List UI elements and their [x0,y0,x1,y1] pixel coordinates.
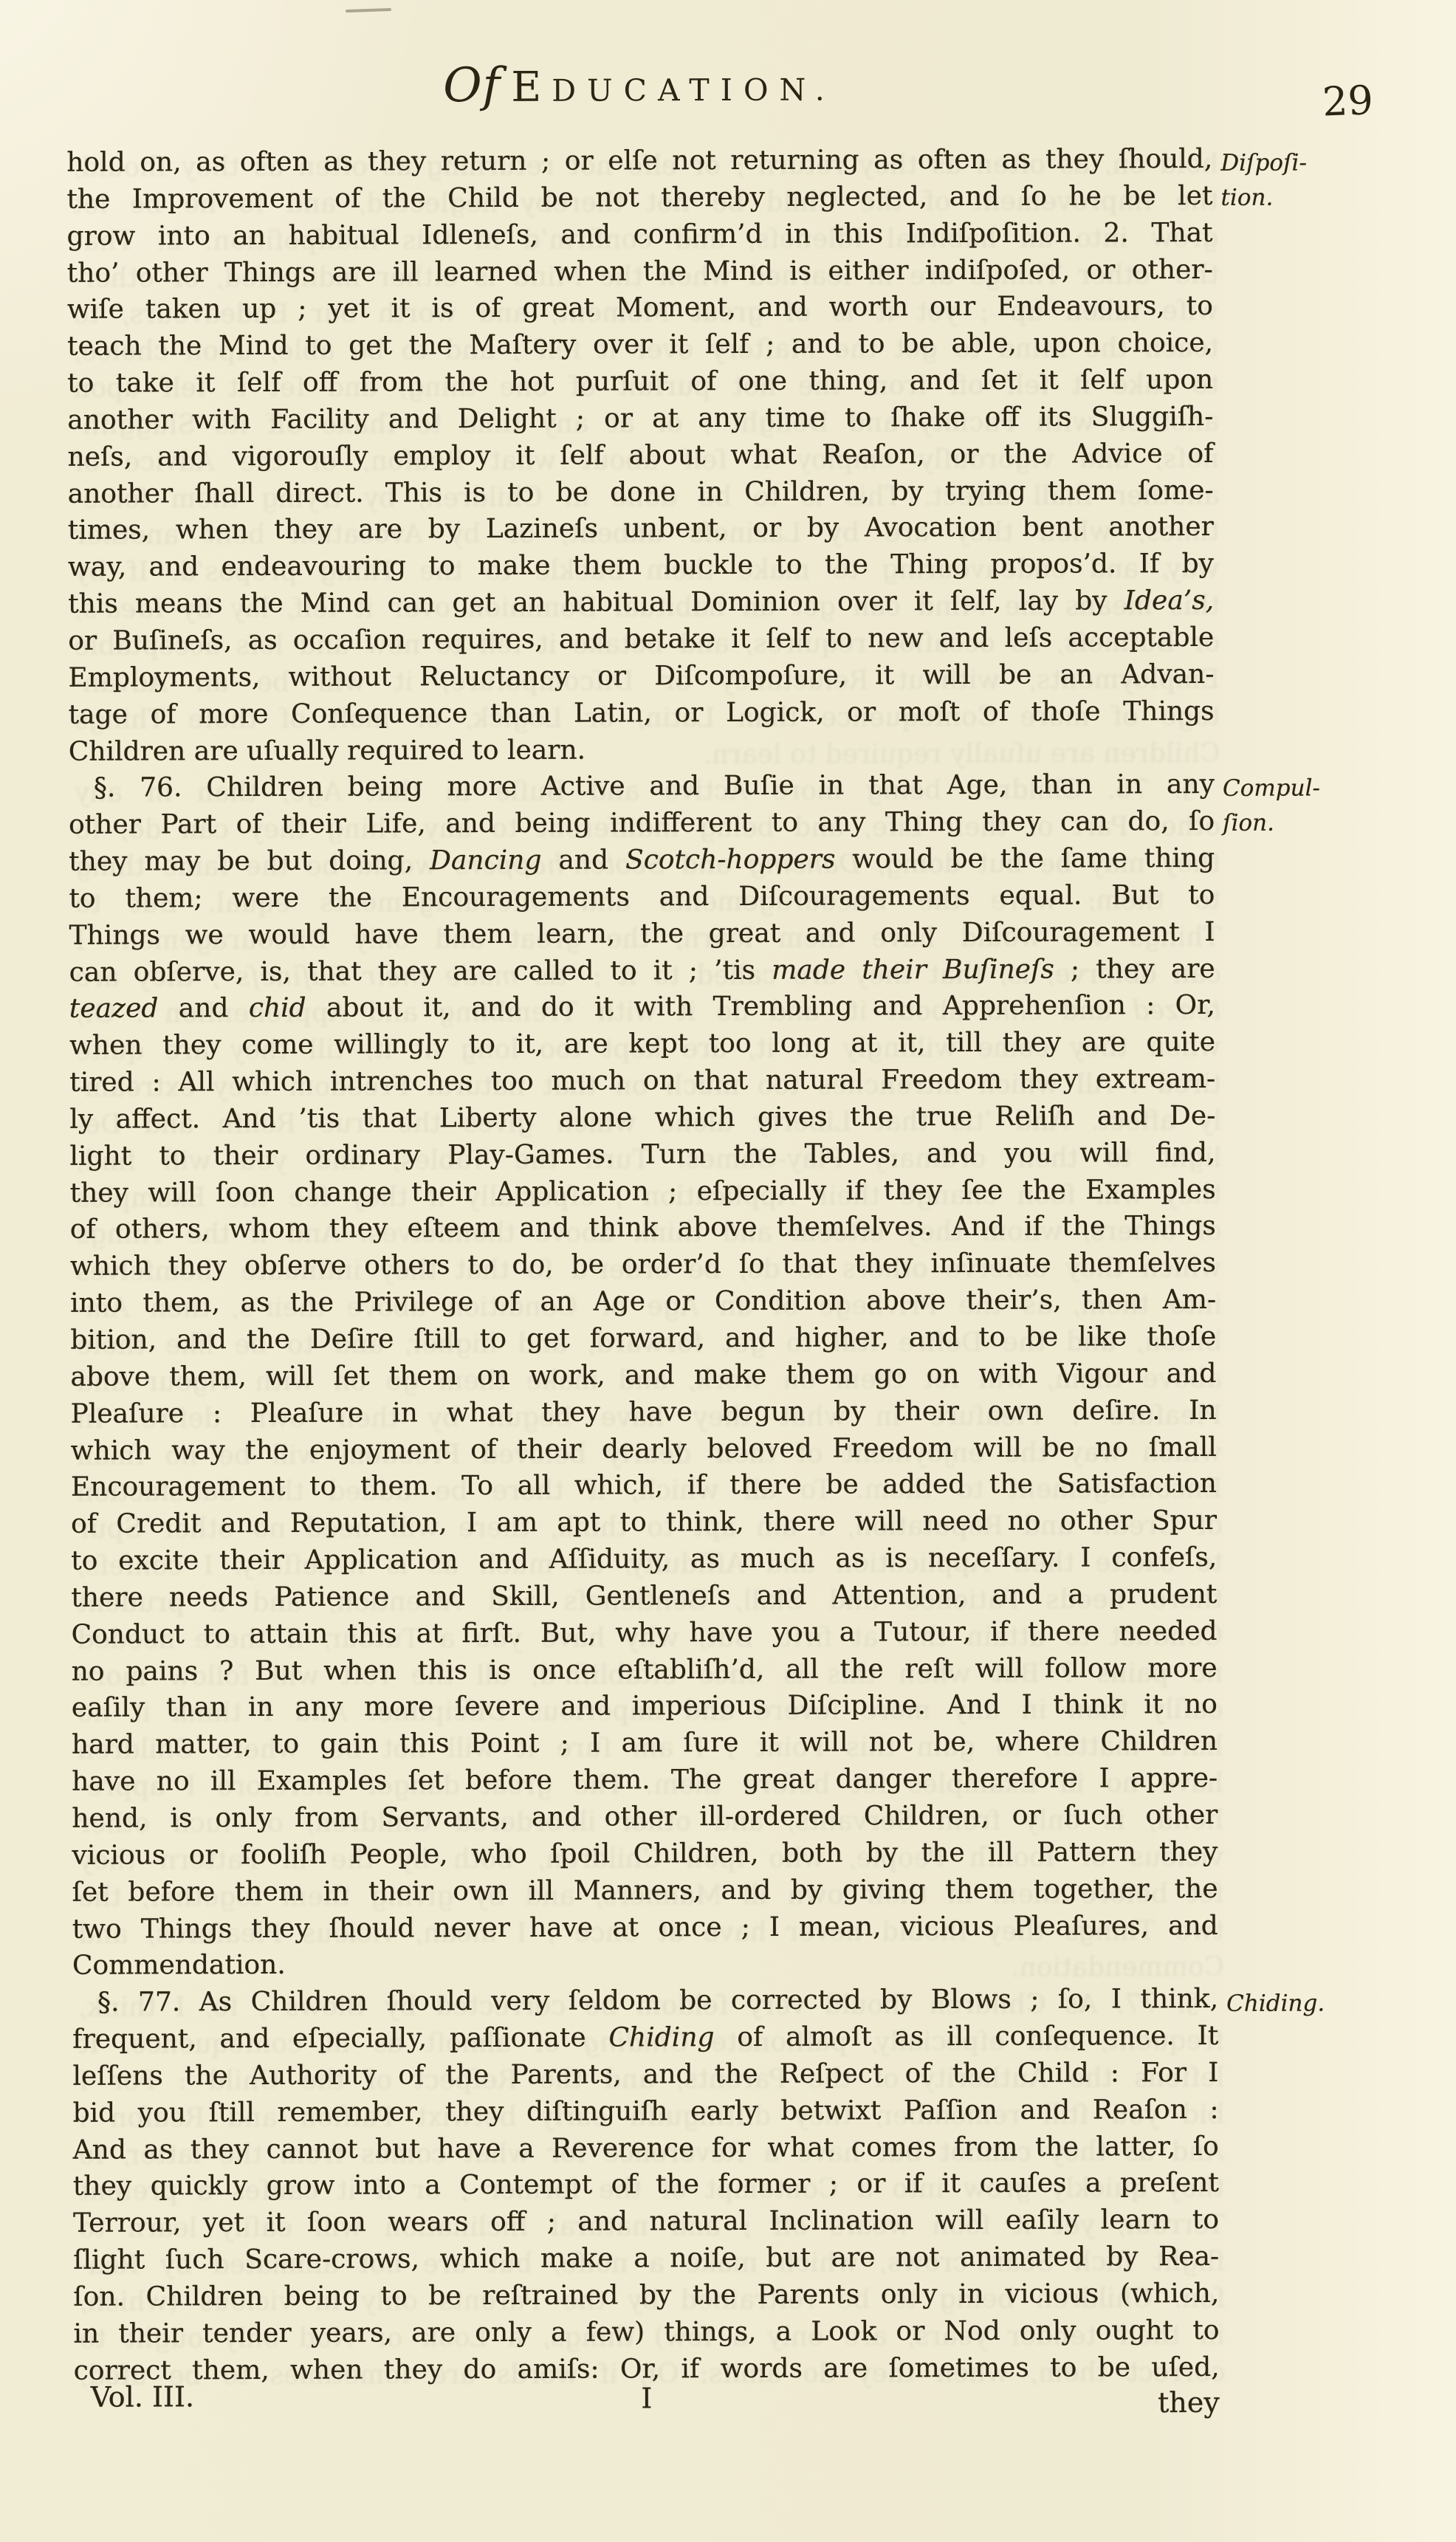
text-run-italic: chid [249,993,306,1023]
text-line: eaſily than in any more ſevere and imper… [72,1686,1218,1727]
text-run-italic: Dancing [430,845,542,876]
text-line: to them; were the Encouragements and Diſ… [69,877,1215,918]
text-run: they may be but doing, [69,845,430,877]
text-run: of Credit and Reputation, I am apt to th… [71,1505,1217,1539]
text-line: Pleaſure : Pleaſure in what they have be… [71,1392,1217,1433]
text-line: the Improvement of the Child be not ther… [66,178,1212,219]
text-line: or Buſineſs, as occaſion requires, and b… [68,619,1214,660]
text-line: Commendation. [72,1944,1218,1985]
text-run: ſet before them in their own ill Manners… [72,1874,1218,1908]
text-run: hend, is only from Servants, and other i… [72,1800,1218,1834]
text-run: of others, whom they eſteem and think ab… [70,1211,1216,1245]
text-line: there needs Patience and Skill, Gentlene… [71,1576,1217,1617]
text-run: when they come willingly to it, are kept… [69,1027,1215,1061]
text-run: grow into an habitual Idleneſs, and conf… [67,218,1213,252]
text-line: bition, and the Deſire ſtill to get forw… [70,1319,1216,1359]
text-line: Children are uſually required to learn. [69,729,1215,770]
text-line: above them, will ſet them on work, and m… [70,1356,1216,1396]
text-run: neſs, and vigorouſly employ it ſelf abou… [67,439,1213,473]
text-run: frequent, and eſpecially, paſſionate [72,2023,608,2055]
text-line: Employments, without Reluctancy or Diſco… [68,656,1214,697]
text-line: they will ſoon change their Application … [70,1172,1216,1212]
text-run: §. 77. As Children ſhould very ſeldom be… [97,1984,1218,2018]
footer-catchword: they [74,2386,1220,2422]
text-line: they may be but doing, Dancing and Scotc… [69,840,1215,881]
text-run-italic: made their Buſineſs [772,954,1054,985]
text-line: vicious or fooliſh People, who ſpoil Chi… [72,1834,1218,1875]
text-line: tired : All which intrenches too much on… [69,1061,1215,1102]
text-run-italic: Scotch-hoppers [625,845,836,876]
text-run-italic: Idea’s, [1124,585,1215,616]
text-run: wiſe taken up ; yet it is of great Momen… [67,291,1213,325]
text-run: there needs Patience and Skill, Gentlene… [71,1579,1217,1613]
text-line: they quickly grow into a Contempt of the… [73,2165,1219,2205]
margin-note-line: Diſpoſi- [1220,150,1307,176]
text-line: ſlight ſuch Scare-crows, which make a no… [73,2239,1219,2279]
text-run: hold on, as often as they return ; or el… [66,144,1212,178]
text-run: to excite their Application and Aſſiduit… [71,1542,1217,1576]
text-line: Things we would have them learn, the gre… [69,914,1215,955]
text-run: ; they are [1054,953,1215,984]
text-line: another with Facility and Delight ; or a… [67,399,1213,439]
text-run: And as they cannot but have a Reverence … [73,2131,1219,2165]
text-line: into them, as the Privilege of an Age or… [70,1282,1216,1322]
text-run: have no ill Examples ſet before them. Th… [72,1763,1218,1797]
text-run: into them, as the Privilege of an Age or… [70,1285,1216,1319]
text-run: this means the Mind can get an habitual … [68,585,1124,619]
text-run: tired : All which intrenches too much on… [69,1064,1215,1098]
text-lines: hold on, as often as they return ; or el… [66,141,1220,2389]
text-run: other Part of their Life, and being indi… [69,806,1215,840]
text-line: have no ill Examples ſet before them. Th… [72,1760,1218,1801]
text-run: or Buſineſs, as occaſion requires, and b… [68,622,1214,656]
text-line: hold on, as often as they return ; or el… [66,141,1212,182]
text-run: tho’ other Things are ill learned when t… [67,254,1213,288]
text-line: bid you ſtill remember, they diſtinguiſh… [73,2092,1219,2132]
text-line: ſon. Children being to be reſtrained by … [73,2275,1219,2316]
text-line: Terrour, yet it ſoon wears off ; and nat… [73,2202,1219,2242]
text-run: leſſens the Authority of the Parents, an… [72,2058,1218,2092]
text-line: which way the enjoyment of their dearly … [71,1429,1217,1469]
text-line: light to their ordinary Play-Games. Turn… [69,1135,1215,1175]
text-line: no pains ? But when this is once eſtabli… [72,1650,1218,1691]
text-line: way, and endeavouring to make them buckl… [68,546,1214,586]
running-head-initial: E [511,63,552,111]
text-line: this means the Mind can get an habitual … [68,583,1214,623]
text-run: Encouragement to them. To all which, if … [71,1468,1217,1502]
text-line: grow into an habitual Idleneſs, and conf… [67,215,1213,255]
text-run: way, and endeavouring to make them buckl… [68,549,1214,583]
text-run: can obſerve, is, that they are called to… [69,955,772,987]
text-run: hard matter, to gain this Point ; I am ſ… [72,1726,1218,1760]
text-line: ſet before them in their own ill Manners… [72,1871,1218,1911]
text-run: about it, and do it with Trembling and A… [306,990,1215,1023]
text-line: §. 76. Children being more Active and Bu… [69,766,1215,807]
text-line: in their tender years, are only a few) t… [73,2312,1219,2353]
text-line: §. 77. As Children ſhould very ſeldom be… [72,1981,1218,2021]
text-run-italic: Chiding [608,2022,714,2053]
text-run: Conduct to attain this at firſt. But, wh… [71,1616,1217,1650]
text-run: Things we would have them learn, the gre… [69,917,1215,951]
running-head: OfEDUCATION. [66,56,1212,114]
text-line: another ſhall direct. This is to be done… [68,473,1214,513]
text-run: to them; were the Encouragements and Diſ… [69,880,1215,914]
text-run: and [158,993,248,1023]
text-line: when they come willingly to it, are kept… [69,1024,1215,1065]
text-line: neſs, and vigorouſly employ it ſelf abou… [67,436,1213,476]
text-run: ſlight ſuch Scare-crows, which make a no… [73,2242,1219,2275]
text-run: ſon. Children being to be reſtrained by … [73,2278,1219,2312]
text-run: another with Facility and Delight ; or a… [67,402,1213,436]
text-line: tho’ other Things are ill learned when t… [67,251,1213,292]
text-run: which way the enjoyment of their dearly … [71,1432,1217,1466]
page-number: 29 [1322,77,1374,126]
text-line: And as they cannot but have a Reverence … [73,2128,1219,2168]
text-line: tage of more Conſequence than Latin, or … [69,693,1215,734]
text-line: hard matter, to gain this Point ; I am ſ… [72,1723,1218,1764]
text-run: eaſily than in any more ſevere and imper… [72,1689,1218,1723]
text-run: they quickly grow into a Contempt of the… [73,2168,1219,2202]
text-run-italic: teazed [69,994,159,1024]
text-run: to take it ſelf off from the hot purſuit… [67,365,1213,399]
text-line: Conduct to attain this at firſt. But, wh… [71,1613,1217,1654]
text-line: other Part of their Life, and being indi… [69,803,1215,844]
text-line: ly affect. And ’tis that Liberty alone w… [69,1098,1215,1138]
text-run: teach the Mind to get the Maſtery over i… [67,328,1213,362]
text-run: Pleaſure : Pleaſure in what they have be… [71,1395,1217,1429]
text-line: of Credit and Reputation, I am apt to th… [71,1502,1217,1543]
text-line: leſſens the Authority of the Parents, an… [72,2055,1218,2095]
margin-note-line: ſion. [1223,810,1274,837]
text-run: §. 76. Children being more Active and Bu… [94,769,1215,803]
text-run: would be the ſame thing [835,843,1215,875]
text-line: can obſerve, is, that they are called to… [69,950,1215,991]
text-run: Terrour, yet it ſoon wears off ; and nat… [73,2205,1219,2239]
margin-note-line: tion. [1220,185,1273,211]
text-line: frequent, and eſpecially, paſſionate Chi… [72,2018,1218,2058]
text-line: wiſe taken up ; yet it is of great Momen… [67,288,1213,329]
book-page-scan: OfEDUCATION. 29 hold on, as often as the… [0,0,1456,2542]
text-run: the Improvement of the Child be not ther… [66,181,1212,215]
running-head-title: DUCATION. [552,72,836,109]
text-line: teazed and chid about it, and do it with… [69,987,1215,1028]
text-line: to take it ſelf off from the hot purſuit… [67,362,1213,402]
running-head-of: Of [443,58,511,113]
text-run: Employments, without Reluctancy or Diſco… [68,659,1214,693]
text-run: above them, will ſet them on work, and m… [70,1358,1216,1392]
text-run: bid you ſtill remember, they diſtinguiſh… [73,2095,1219,2129]
text-line: two Things they ſhould never have at onc… [72,1907,1218,1948]
text-run: Commendation. [72,1950,286,1981]
margin-note-line: Chiding. [1226,1990,1325,2016]
text-run: bition, and the Deſire ſtill to get forw… [70,1322,1216,1356]
text-run: ly affect. And ’tis that Liberty alone w… [69,1101,1215,1135]
text-line: to excite their Application and Aſſiduit… [71,1539,1217,1580]
margin-note-line: Compul- [1223,775,1320,802]
text-run: and [541,845,625,875]
text-line: times, when they are by Lazineſs unbent,… [68,509,1214,549]
text-run: Children are uſually required to learn. [69,735,586,766]
text-line: of others, whom they eſteem and think ab… [70,1208,1216,1248]
text-run: times, when they are by Lazineſs unbent,… [68,512,1214,546]
text-run: no pains ? But when this is once eſtabli… [72,1653,1218,1687]
text-run: of almoſt as ill conſequence. It [714,2021,1218,2053]
text-line: which they obſerve others to do, be orde… [70,1245,1216,1285]
scan-content: OfEDUCATION. 29 hold on, as often as the… [0,0,1456,2542]
text-run: two Things they ſhould never have at onc… [72,1910,1218,1944]
text-run: they will ſoon change their Application … [70,1175,1216,1209]
margin-notes: Diſpoſi-tion.Compul-ſion.Chiding. [0,0,1452,2]
text-run: tage of more Conſequence than Latin, or … [69,696,1215,730]
text-line: hend, is only from Servants, and other i… [72,1797,1218,1838]
text-line: teach the Mind to get the Maſtery over i… [67,325,1213,365]
text-run: which they obſerve others to do, be orde… [70,1248,1216,1282]
text-run: light to their ordinary Play-Games. Turn… [69,1138,1215,1172]
text-run: vicious or fooliſh People, who ſpoil Chi… [72,1837,1218,1871]
text-run: another ſhall direct. This is to be done… [68,475,1214,509]
text-line: Encouragement to them. To all which, if … [71,1466,1217,1506]
text-run: in their tender years, are only a few) t… [73,2315,1219,2349]
